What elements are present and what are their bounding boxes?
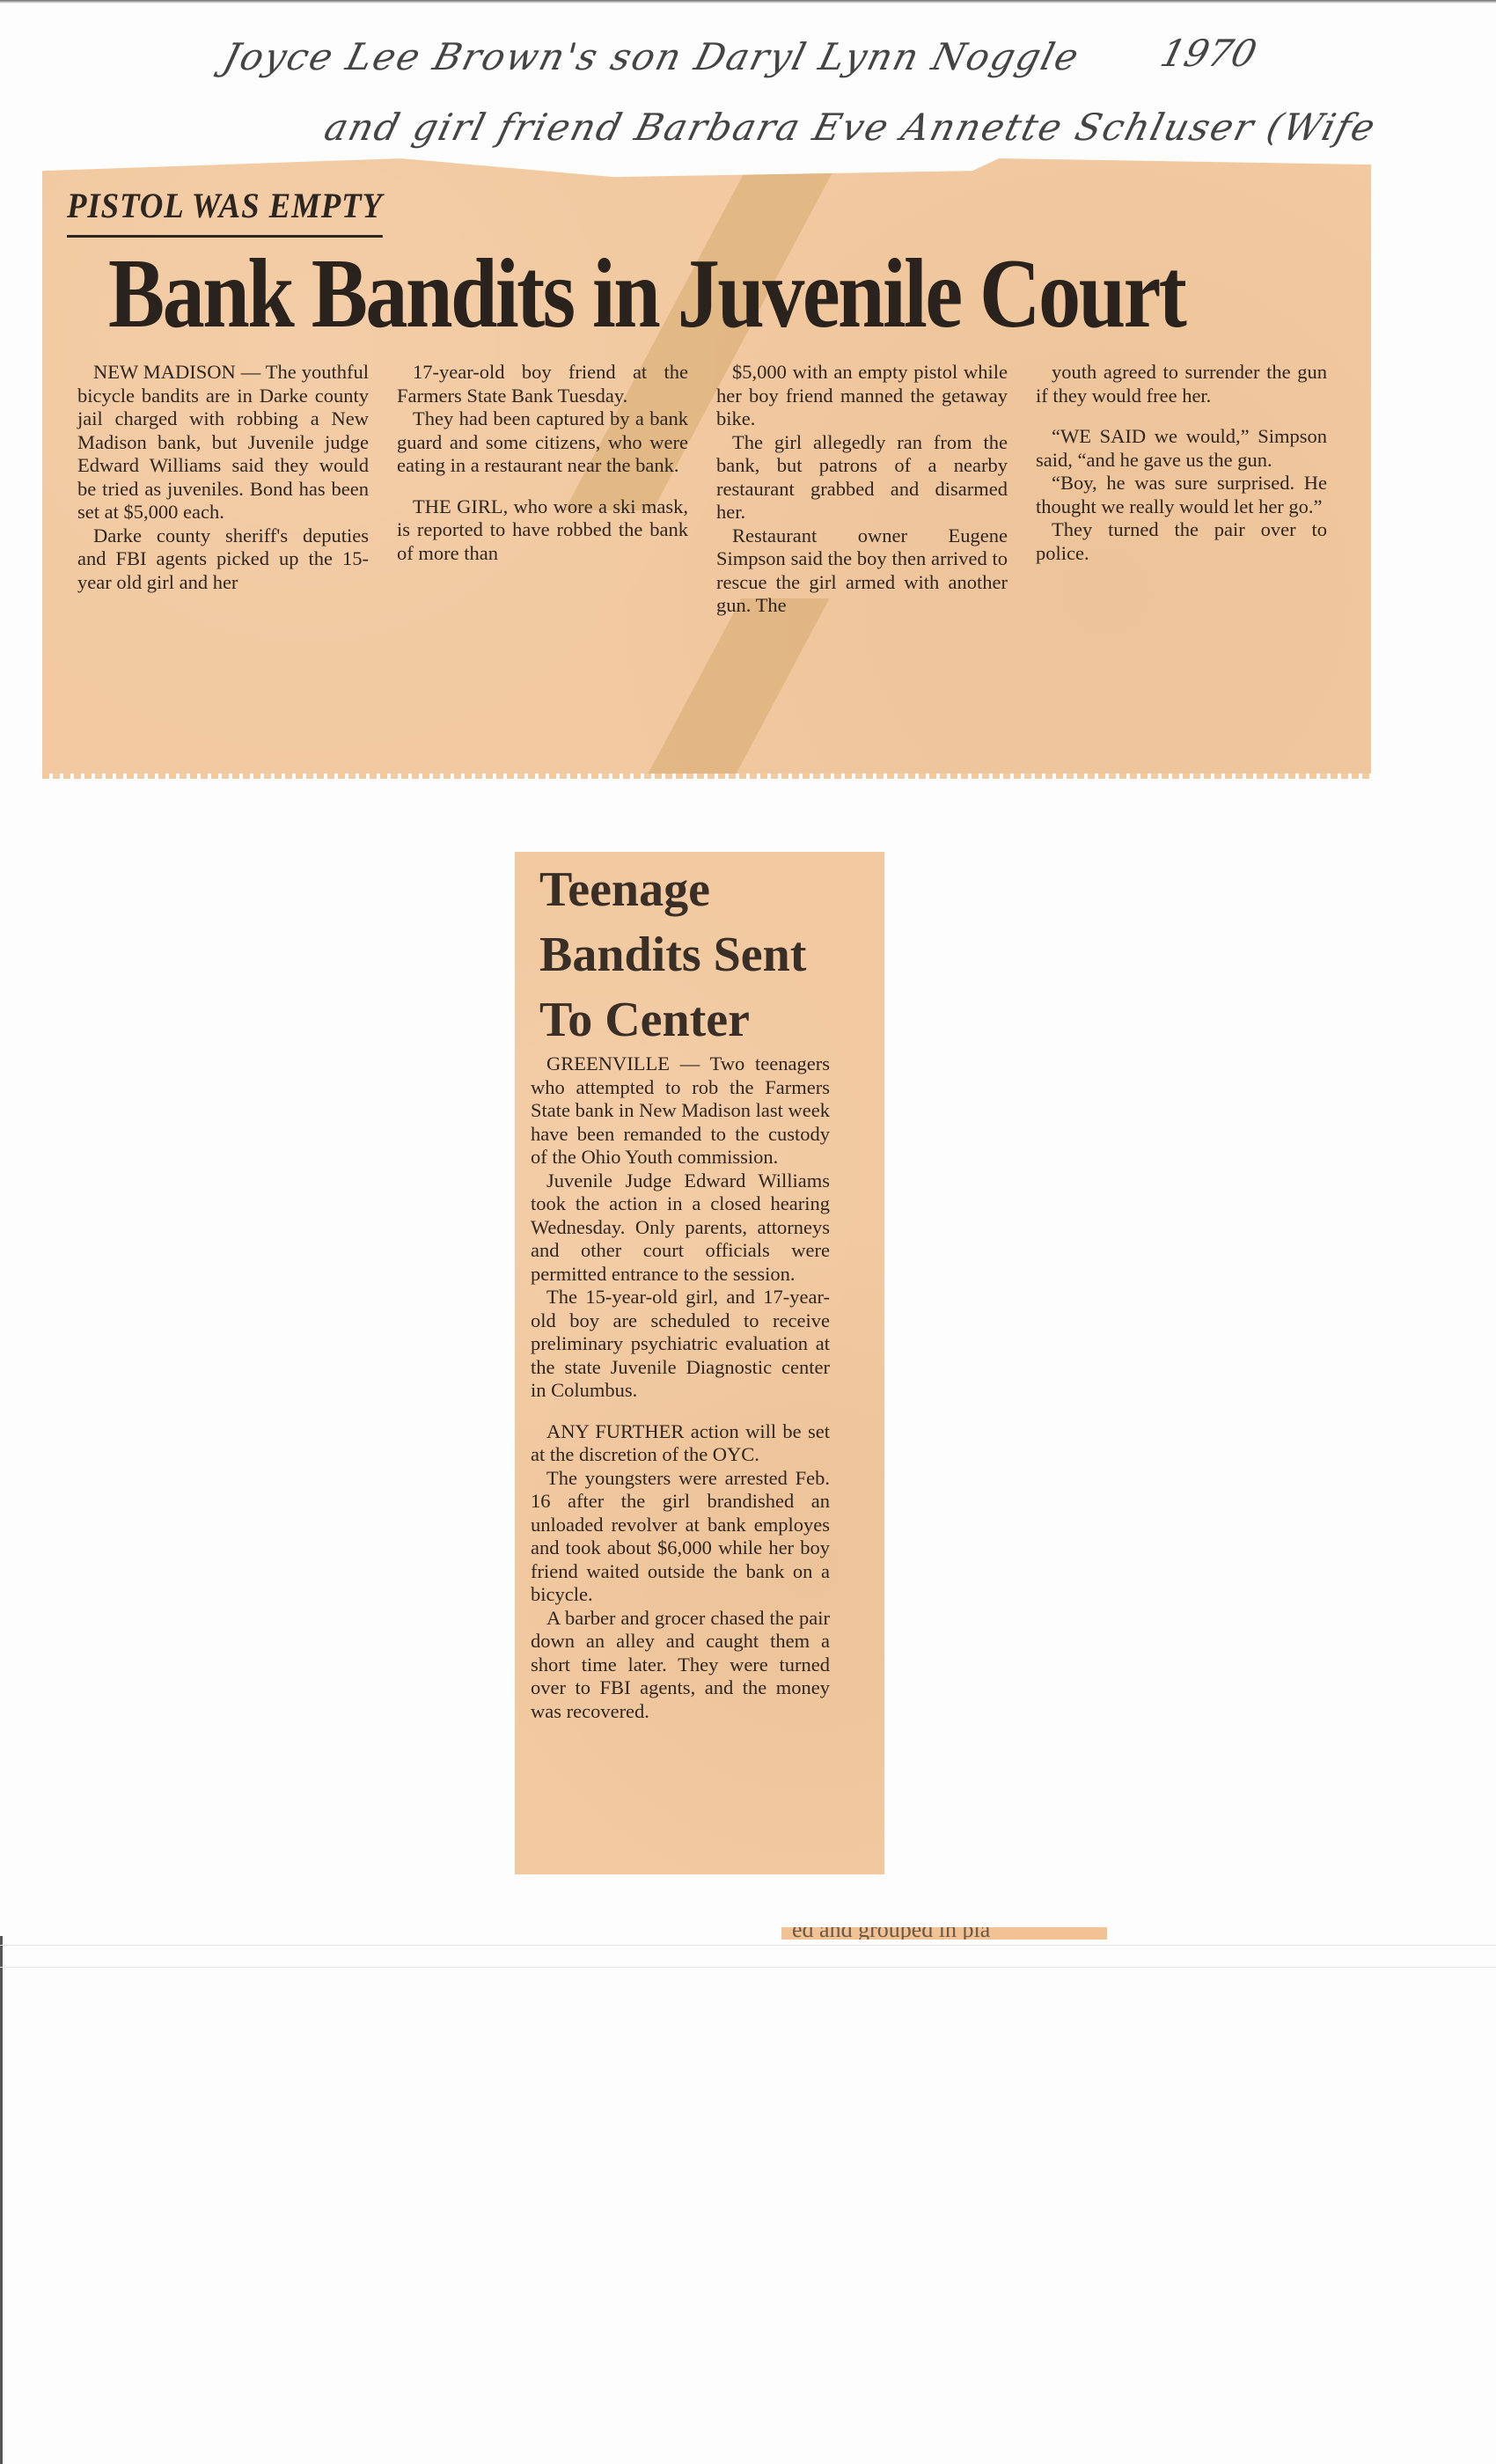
- article-paragraph: A barber and grocer chased the pair down…: [531, 1607, 830, 1724]
- article-paragraph: They had been captured by a bank guard a…: [397, 407, 688, 478]
- article-paragraph: “WE SAID we would,” Simpson said, “and h…: [1036, 425, 1327, 472]
- headline-line: Bandits Sent: [539, 922, 806, 987]
- tape-strip: [645, 598, 829, 779]
- article-paragraph: Restaurant owner Eugene Simpson said the…: [716, 524, 1008, 618]
- article-body: NEW MADISON — The youthful bicycle bandi…: [77, 361, 1327, 618]
- article-paragraph: youth agreed to surrender the gun if the…: [1036, 361, 1327, 407]
- newspaper-clipping-bank-bandits: PISTOL WAS EMPTY Bank Bandits in Juvenil…: [42, 158, 1371, 779]
- handwritten-note-line-2: and girl friend Barbara Eve Annette Schl…: [320, 106, 1381, 149]
- scan-left-edge: [0, 1936, 3, 2464]
- headline-line: Teenage: [539, 857, 806, 922]
- article-paragraph: They turned the pair over to police.: [1036, 518, 1327, 565]
- article-paragraph: Darke county sheriff's deputies and FBI …: [77, 524, 369, 595]
- clipping-kicker: PISTOL WAS EMPTY: [67, 185, 383, 238]
- handwritten-year: 1970: [1156, 32, 1261, 75]
- article-paragraph: $5,000 with an empty pistol while her bo…: [716, 361, 1008, 431]
- handwritten-note-line-1: Joyce Lee Brown's son Daryl Lynn Noggle: [219, 35, 1084, 78]
- article-paragraph: NEW MADISON — The youthful bicycle bandi…: [77, 361, 369, 524]
- article-paragraph: GREENVILLE — Two teenagers who attempted…: [531, 1052, 830, 1170]
- scan-line: [0, 1945, 1496, 1946]
- scan-top-shadow: [0, 0, 1496, 4]
- article-paragraph: ANY FURTHER action will be set at the di…: [531, 1420, 830, 1467]
- article-paragraph: The girl allegedly ran from the bank, bu…: [716, 431, 1008, 524]
- article-column: 17-year-old boy friend at the Farmers St…: [397, 361, 688, 618]
- clipping-headline: Teenage Bandits Sent To Center: [539, 857, 806, 1052]
- clipping-fragment: ed and grouped in pla: [781, 1927, 1107, 1940]
- article-column: youth agreed to surrender the gun if the…: [1036, 361, 1327, 618]
- headline-line: To Center: [539, 987, 806, 1052]
- article-paragraph: The youngsters were arrested Feb. 16 aft…: [531, 1467, 830, 1607]
- article-column: NEW MADISON — The youthful bicycle bandi…: [77, 361, 369, 618]
- article-paragraph: “Boy, he was sure surprised. He thought …: [1036, 472, 1327, 518]
- article-body: GREENVILLE — Two teenagers who attempted…: [531, 1052, 830, 1723]
- fragment-text: ed and grouped in pla: [792, 1927, 990, 1940]
- newspaper-clipping-teenage-bandits: Teenage Bandits Sent To Center GREENVILL…: [515, 852, 884, 1874]
- article-column: $5,000 with an empty pistol while her bo…: [716, 361, 1008, 618]
- article-paragraph: THE GIRL, who wore a ski mask, is report…: [397, 495, 688, 566]
- article-paragraph: 17-year-old boy friend at the Farmers St…: [397, 361, 688, 407]
- article-paragraph: Juvenile Judge Edward Williams took the …: [531, 1170, 830, 1287]
- clipping-headline: Bank Bandits in Juvenile Court: [108, 238, 1184, 351]
- article-paragraph: The 15-year-old girl, and 17-year-old bo…: [531, 1286, 830, 1403]
- scan-line: [0, 1967, 1496, 1968]
